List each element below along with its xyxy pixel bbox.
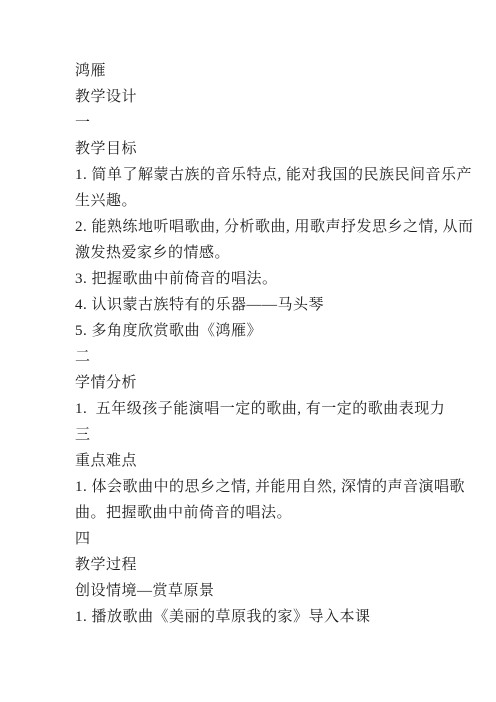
objective-item-1-line-1: 1. 简单了解蒙古族的音乐特点, 能对我国的民族民间音乐产	[75, 162, 475, 188]
analysis-item-1: 1. 五年级孩子能演唱一定的歌曲, 有一定的歌曲表现力	[75, 396, 475, 422]
objective-item-2-line-2: 激发热爱家乡的情感。	[75, 240, 475, 266]
process-step-heading: 创设情境—赏草原景	[75, 578, 475, 604]
section-marker-1: 一	[75, 110, 475, 136]
document-viewport: 鸿雁 教学设计 一 教学目标 1. 简单了解蒙古族的音乐特点, 能对我国的民族民…	[0, 0, 496, 702]
section-marker-3: 三	[75, 422, 475, 448]
document-subtitle: 教学设计	[75, 84, 475, 110]
section-heading-process: 教学过程	[75, 552, 475, 578]
process-step-1: 1. 播放歌曲《美丽的草原我的家》导入本课	[75, 604, 475, 630]
section-marker-4: 四	[75, 526, 475, 552]
section-heading-analysis: 学情分析	[75, 370, 475, 396]
section-heading-keypoints: 重点难点	[75, 448, 475, 474]
objective-item-1-line-2: 生兴趣。	[75, 188, 475, 214]
section-heading-objectives: 教学目标	[75, 136, 475, 162]
section-marker-2: 二	[75, 344, 475, 370]
objective-item-4: 4. 认识蒙古族特有的乐器——马头琴	[75, 292, 475, 318]
objective-item-2-line-1: 2. 能熟练地听唱歌曲, 分析歌曲, 用歌声抒发思乡之情, 从而	[75, 214, 475, 240]
document-text-block: 鸿雁 教学设计 一 教学目标 1. 简单了解蒙古族的音乐特点, 能对我国的民族民…	[75, 58, 475, 630]
document-page: 鸿雁 教学设计 一 教学目标 1. 简单了解蒙古族的音乐特点, 能对我国的民族民…	[0, 0, 496, 702]
keypoint-item-1-line-2: 曲。把握歌曲中前倚音的唱法。	[75, 500, 475, 526]
objective-item-5: 5. 多角度欣赏歌曲《鸿雁》	[75, 318, 475, 344]
objective-item-3: 3. 把握歌曲中前倚音的唱法。	[75, 266, 475, 292]
keypoint-item-1-line-1: 1. 体会歌曲中的思乡之情, 并能用自然, 深情的声音演唱歌	[75, 474, 475, 500]
document-title: 鸿雁	[75, 58, 475, 84]
